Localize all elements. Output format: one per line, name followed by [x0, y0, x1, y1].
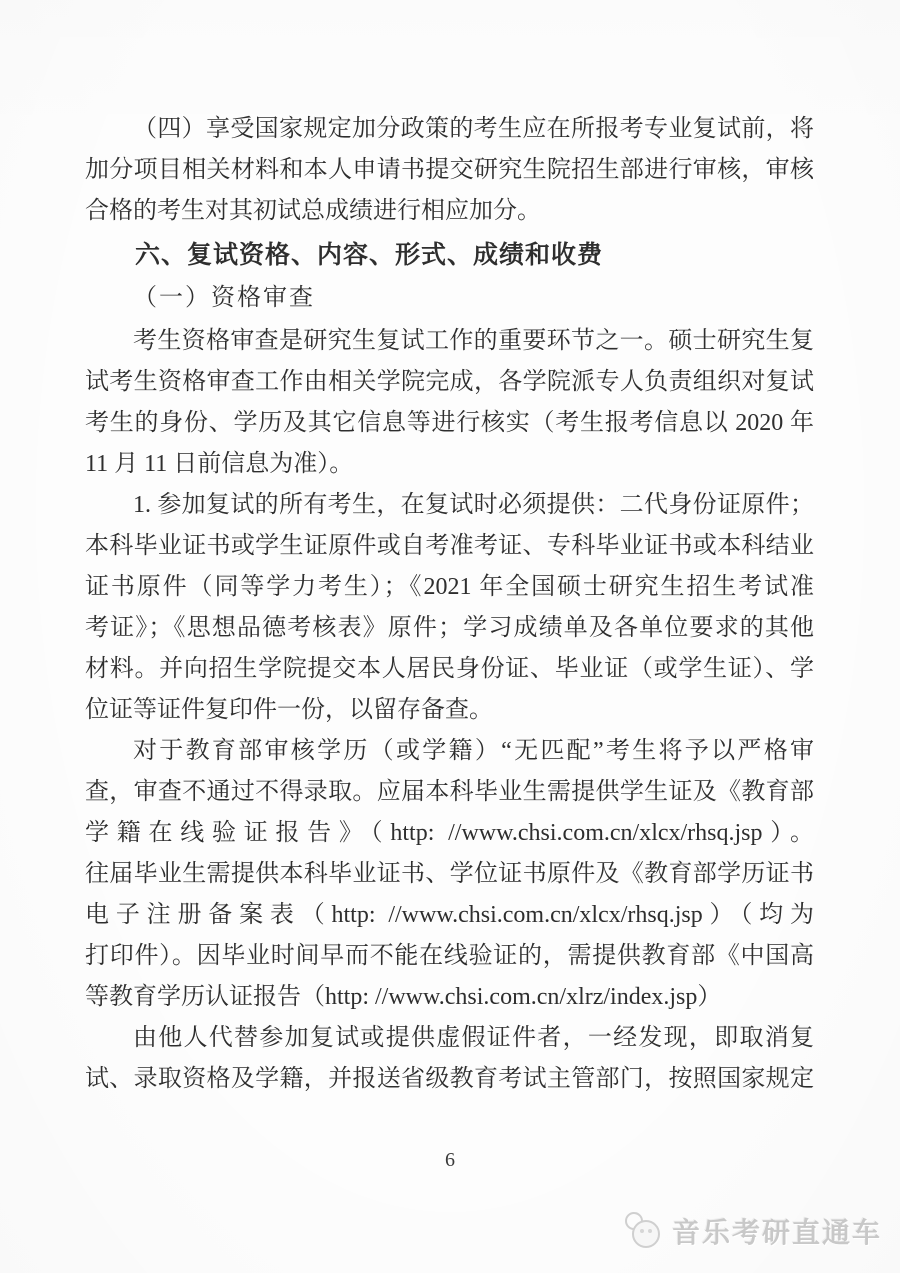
section-heading-six: 六、复试资格、内容、形式、成绩和收费 [85, 235, 814, 276]
text-line: 等教育学历认证报告（http: //www.chsi.com.cn/xlrz/i… [85, 977, 814, 1018]
text-line: 六、复试资格、内容、形式、成绩和收费 [85, 235, 814, 276]
text-line: 往届毕业生需提供本科毕业证书、学位证书原件及《教育部学历证书 [85, 854, 814, 895]
text-line: 考证》；《思想品德考核表》原件；学习成绩单及各单位要求的其他 [85, 608, 814, 649]
text-line: 打印件）。因毕业时间早而不能在线验证的，需提供教育部《中国高 [85, 936, 814, 977]
text-line: 试、录取资格及学籍，并报送省级教育考试主管部门，按照国家规定 [85, 1059, 814, 1100]
text-line: 电子注册备案表（http: //www.chsi.com.cn/xlcx/rhs… [85, 895, 814, 936]
para-education-verification: 对于教育部审核学历（或学籍）“无匹配”考生将予以严格审查，审查不通过不得录取。应… [85, 731, 814, 1018]
text-line: 证书原件（同等学力考生）；《2021 年全国硕士研究生招生考试准 [85, 567, 814, 608]
page-footer: 6 [0, 1149, 900, 1172]
document-page: （四）享受国家规定加分政策的考生应在所报考专业复试前，将加分项目相关材料和本人申… [0, 0, 900, 1273]
text-line: 试考生资格审查工作由相关学院完成，各学院派专人负责组织对复试 [85, 362, 814, 403]
para-required-documents: 1. 参加复试的所有考生，在复试时必须提供：二代身份证原件；本科毕业证书或学生证… [85, 485, 814, 731]
text-line: 合格的考生对其初试总成绩进行相应加分。 [85, 191, 814, 232]
watermark: 音乐考研直通车 [621, 1210, 882, 1252]
para-fraud-penalty: 由他人代替参加复试或提供虚假证件者，一经发现，即取消复试、录取资格及学籍，并报送… [85, 1018, 814, 1100]
text-line: 考生的身份、学历及其它信息等进行核实（考生报考信息以 2020 年 [85, 403, 814, 444]
text-line: 由他人代替参加复试或提供虚假证件者，一经发现，即取消复 [85, 1018, 814, 1059]
text-line: （一）资格审查 [85, 278, 814, 319]
text-line: 1. 参加复试的所有考生，在复试时必须提供：二代身份证原件； [85, 485, 814, 526]
text-line: 11 月 11 日前信息为准）。 [85, 444, 814, 485]
page-number: 6 [445, 1149, 455, 1171]
text-line: 加分项目相关材料和本人申请书提交研究生院招生部进行审核，审核 [85, 150, 814, 191]
text-line: 查，审查不通过不得录取。应届本科毕业生需提供学生证及《教育部 [85, 772, 814, 813]
text-line: 位证等证件复印件一份，以留存备查。 [85, 690, 814, 731]
text-line: 考生资格审查是研究生复试工作的重要环节之一。硕士研究生复 [85, 321, 814, 362]
text-line: 本科毕业证书或学生证原件或自考准考证、专科毕业证书或本科结业 [85, 526, 814, 567]
subsection-heading-qualification-review: （一）资格审查 [85, 278, 814, 319]
text-line: 材料。并向招生学院提交本人居民身份证、毕业证（或学生证）、学 [85, 649, 814, 690]
para-qualification-review-intro: 考生资格审查是研究生复试工作的重要环节之一。硕士研究生复试考生资格审查工作由相关… [85, 321, 814, 485]
text-line: 对于教育部审核学历（或学籍）“无匹配”考生将予以严格审 [85, 731, 814, 772]
mascot-logo-icon [621, 1210, 665, 1252]
watermark-text: 音乐考研直通车 [672, 1211, 882, 1251]
para-bonus-policy: （四）享受国家规定加分政策的考生应在所报考专业复试前，将加分项目相关材料和本人申… [85, 109, 814, 232]
text-line: 学籍在线验证报告》（http: //www.chsi.com.cn/xlcx/r… [85, 813, 814, 854]
text-line: （四）享受国家规定加分政策的考生应在所报考专业复试前，将 [85, 109, 814, 150]
document-body: （四）享受国家规定加分政策的考生应在所报考专业复试前，将加分项目相关材料和本人申… [85, 109, 814, 1100]
